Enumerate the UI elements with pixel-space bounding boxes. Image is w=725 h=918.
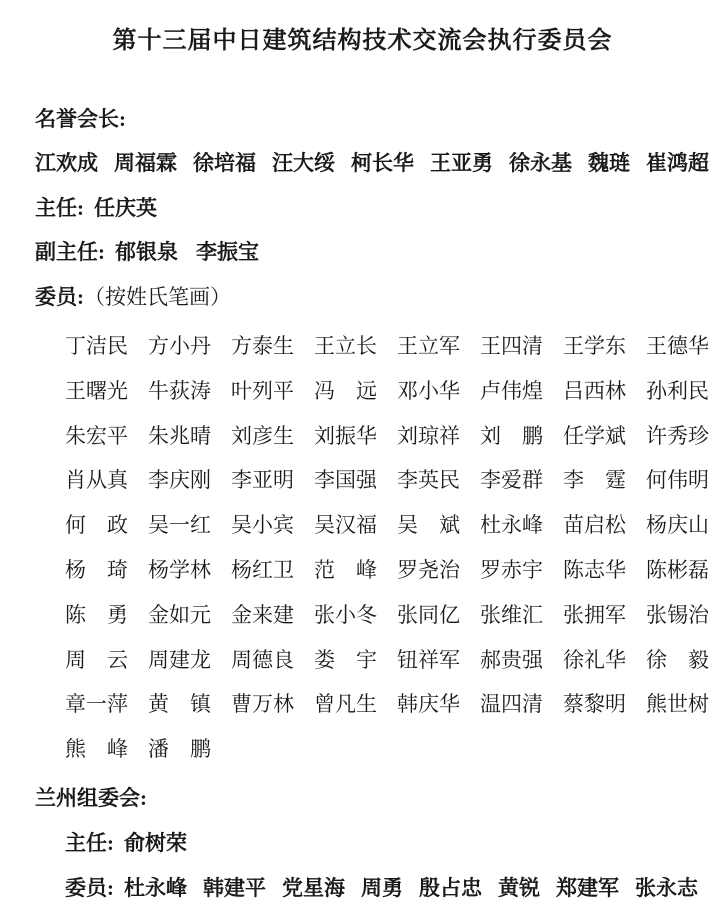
member-name: 王立军 <box>397 336 480 381</box>
member-name: 金来建 <box>231 605 314 650</box>
deputy-director-names: 郁银泉李振宝 <box>115 242 277 263</box>
member-name: 陈 勇 <box>65 605 148 650</box>
member-name: 杨学林 <box>148 560 231 605</box>
person-name: 黄锐 <box>498 878 540 899</box>
person-name: 周勇 <box>361 878 403 899</box>
members-label-line: 委员:（按姓氏笔画） <box>35 287 231 308</box>
member-name: 许秀珍 <box>646 426 725 471</box>
member-name: 罗尧治 <box>397 560 480 605</box>
member-name: 娄 宇 <box>314 650 397 695</box>
member-name: 吕西林 <box>563 381 646 426</box>
person-name: 李振宝 <box>196 242 259 263</box>
member-name: 温四清 <box>480 694 563 739</box>
person-name: 徐培福 <box>193 153 256 174</box>
member-row: 杨 琦杨学林杨红卫范 峰罗尧治罗赤宇陈志华陈彬磊 <box>65 560 715 605</box>
member-name: 刘琼祥 <box>397 426 480 471</box>
member-name: 周德良 <box>231 650 314 695</box>
member-row: 陈 勇金如元金来建张小冬张同亿张维汇张拥军张锡治 <box>65 605 715 650</box>
person-name: 郑建军 <box>556 878 619 899</box>
lanzhou-member-names: 杜永峰韩建平党星海周勇殷占忠黄锐郑建军张永志 <box>124 878 714 899</box>
document-page: 第十三届中日建筑结构技术交流会执行委员会 名誉会长: 江欢成周福霖徐培福汪大绥柯… <box>0 0 725 918</box>
member-name: 刘 鹏 <box>480 426 563 471</box>
member-name: 李庆刚 <box>148 470 231 515</box>
member-name: 王立长 <box>314 336 397 381</box>
member-name: 李 霆 <box>563 470 646 515</box>
person-name: 张永志 <box>635 878 698 899</box>
member-name: 张维汇 <box>480 605 563 650</box>
member-name: 吴 斌 <box>397 515 480 560</box>
member-name: 熊世树 <box>646 694 725 739</box>
honorary-chairman-label: 名誉会长: <box>35 109 126 130</box>
member-name: 杜永峰 <box>480 515 563 560</box>
member-name: 王四清 <box>480 336 563 381</box>
member-name: 牛荻涛 <box>148 381 231 426</box>
member-name: 蔡黎明 <box>563 694 646 739</box>
members-sort-note: （按姓氏笔画） <box>84 285 231 309</box>
member-name: 金如元 <box>148 605 231 650</box>
member-name: 任学斌 <box>563 426 646 471</box>
member-name: 张小冬 <box>314 605 397 650</box>
member-name: 范 峰 <box>314 560 397 605</box>
honorary-chairman-names: 江欢成周福霖徐培福汪大绥柯长华王亚勇徐永基魏琏崔鸿超 <box>35 153 725 174</box>
person-name: 殷占忠 <box>419 878 482 899</box>
deputy-director-line: 副主任:郁银泉李振宝 <box>35 242 277 263</box>
person-name: 汪大绥 <box>272 153 335 174</box>
member-name: 何伟明 <box>646 470 725 515</box>
person-name: 崔鸿超 <box>646 153 709 174</box>
member-name: 王曙光 <box>65 381 148 426</box>
member-name: 张拥军 <box>563 605 646 650</box>
member-name: 李英民 <box>397 470 480 515</box>
lanzhou-members-line: 委员:杜永峰韩建平党星海周勇殷占忠黄锐郑建军张永志 <box>65 878 714 899</box>
member-name: 卢伟煌 <box>480 381 563 426</box>
member-name: 李爱群 <box>480 470 563 515</box>
member-row: 章一萍黄 镇曹万林曾凡生韩庆华温四清蔡黎明熊世树 <box>65 694 715 739</box>
page-title: 第十三届中日建筑结构技术交流会执行委员会 <box>0 28 725 54</box>
person-name: 江欢成 <box>35 153 98 174</box>
member-name: 李国强 <box>314 470 397 515</box>
person-name: 徐永基 <box>509 153 572 174</box>
member-name: 陈彬磊 <box>646 560 725 605</box>
member-name: 叶列平 <box>231 381 314 426</box>
member-name: 熊 峰 <box>65 739 148 784</box>
member-name: 杨红卫 <box>231 560 314 605</box>
lanzhou-director-line: 主任:俞树荣 <box>65 833 187 854</box>
person-name: 杜永峰 <box>124 878 187 899</box>
member-name: 肖从真 <box>65 470 148 515</box>
member-name: 张锡治 <box>646 605 725 650</box>
member-name: 杨 琦 <box>65 560 148 605</box>
member-name: 苗启松 <box>563 515 646 560</box>
lanzhou-members-label: 委员: <box>65 878 114 899</box>
member-row: 王曙光牛荻涛叶列平冯 远邓小华卢伟煌吕西林孙利民 <box>65 381 715 426</box>
member-name: 周建龙 <box>148 650 231 695</box>
member-name: 曾凡生 <box>314 694 397 739</box>
committee-member-list: 丁洁民方小丹方泰生王立长王立军王四清王学东王德华王曙光牛荻涛叶列平冯 远邓小华卢… <box>65 336 715 784</box>
person-name: 韩建平 <box>203 878 266 899</box>
member-name: 朱兆晴 <box>148 426 231 471</box>
lanzhou-committee-label: 兰州组委会: <box>35 788 147 809</box>
member-name: 杨庆山 <box>646 515 725 560</box>
director-name: 任庆英 <box>94 196 157 220</box>
person-name: 王亚勇 <box>430 153 493 174</box>
member-name: 章一萍 <box>65 694 148 739</box>
director-label: 主任: <box>35 196 84 220</box>
member-name: 徐礼华 <box>563 650 646 695</box>
member-name: 冯 远 <box>314 381 397 426</box>
member-name: 张同亿 <box>397 605 480 650</box>
director-line: 主任:任庆英 <box>35 198 157 219</box>
member-row: 肖从真李庆刚李亚明李国强李英民李爱群李 霆何伟明 <box>65 470 715 515</box>
member-name: 黄 镇 <box>148 694 231 739</box>
member-name: 周 云 <box>65 650 148 695</box>
member-name: 王学东 <box>563 336 646 381</box>
person-name: 魏琏 <box>588 153 630 174</box>
member-name: 方泰生 <box>231 336 314 381</box>
member-row: 朱宏平朱兆晴刘彦生刘振华刘琼祥刘 鹏任学斌许秀珍 <box>65 426 715 471</box>
deputy-director-label: 副主任: <box>35 240 105 264</box>
member-name: 何 政 <box>65 515 148 560</box>
member-name: 丁洁民 <box>65 336 148 381</box>
member-name: 刘彦生 <box>231 426 314 471</box>
member-name: 韩庆华 <box>397 694 480 739</box>
member-name: 徐 毅 <box>646 650 725 695</box>
member-name: 曹万林 <box>231 694 314 739</box>
person-name: 党星海 <box>282 878 345 899</box>
member-name: 吴小宾 <box>231 515 314 560</box>
person-name: 郁银泉 <box>115 242 178 263</box>
member-name: 吴汉福 <box>314 515 397 560</box>
member-name: 钮祥军 <box>397 650 480 695</box>
members-label: 委员: <box>35 285 84 309</box>
member-name: 方小丹 <box>148 336 231 381</box>
member-name: 王德华 <box>646 336 725 381</box>
member-row: 熊 峰潘 鹏 <box>65 739 715 784</box>
member-row: 周 云周建龙周德良娄 宇钮祥军郝贵强徐礼华徐 毅 <box>65 650 715 695</box>
member-name: 陈志华 <box>563 560 646 605</box>
member-name: 吴一红 <box>148 515 231 560</box>
lanzhou-director-label: 主任: <box>65 831 114 855</box>
member-row: 丁洁民方小丹方泰生王立长王立军王四清王学东王德华 <box>65 336 715 381</box>
member-name: 郝贵强 <box>480 650 563 695</box>
person-name: 柯长华 <box>351 153 414 174</box>
member-name: 朱宏平 <box>65 426 148 471</box>
member-row: 何 政吴一红吴小宾吴汉福吴 斌杜永峰苗启松杨庆山 <box>65 515 715 560</box>
person-name: 周福霖 <box>114 153 177 174</box>
member-name: 刘振华 <box>314 426 397 471</box>
lanzhou-director-name: 俞树荣 <box>124 831 187 855</box>
member-name: 罗赤宇 <box>480 560 563 605</box>
member-name: 李亚明 <box>231 470 314 515</box>
member-name: 邓小华 <box>397 381 480 426</box>
member-name: 潘 鹏 <box>148 739 231 784</box>
member-name: 孙利民 <box>646 381 725 426</box>
